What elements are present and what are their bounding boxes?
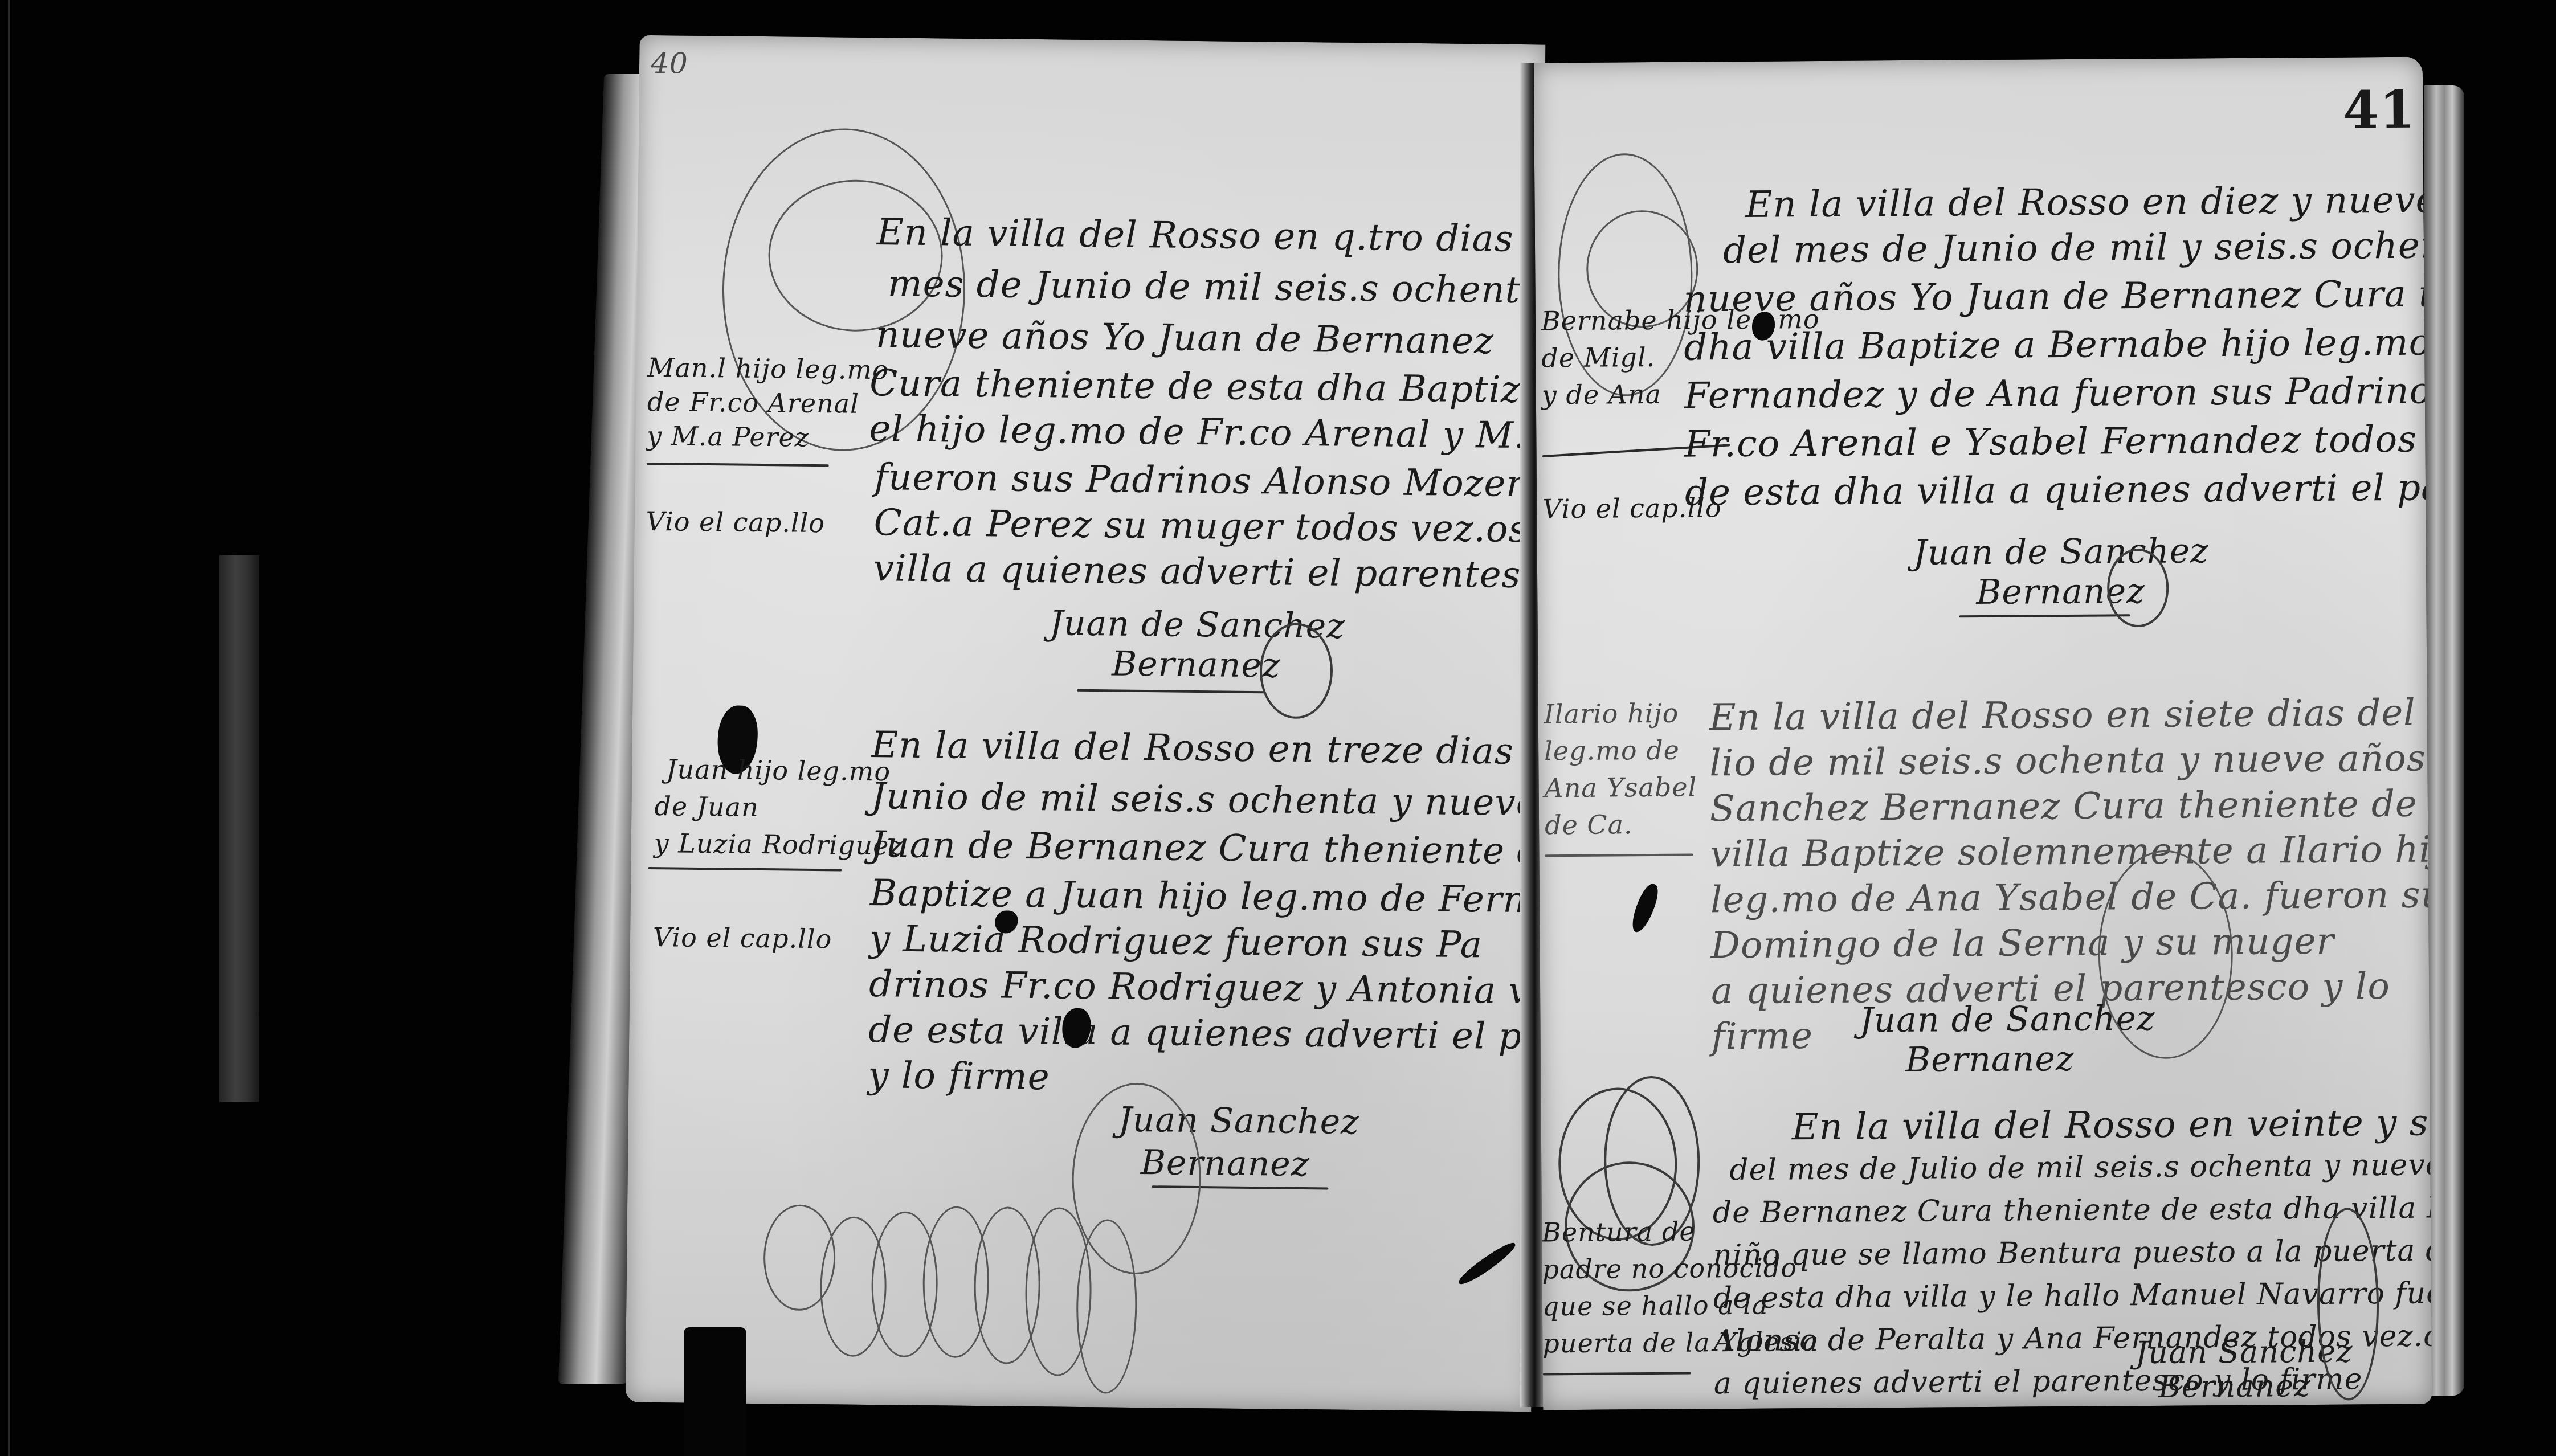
margin-note-line: Juan hijo leg.mo xyxy=(666,756,891,784)
margin-note-line: de Juan xyxy=(654,793,759,820)
entry-2-body: En la villa del Rosso en siete dias del … xyxy=(1534,57,2423,63)
signature-line: Bernanez xyxy=(2158,1368,2311,1405)
entry-text-line: el hijo leg.mo de Fr.co Arenal y M.a Per… xyxy=(869,411,1545,456)
entry-text-line: nueve años Yo Juan de Bernanez xyxy=(876,317,1494,359)
signature-line: Bernanez xyxy=(1905,1039,2075,1080)
entry-3-margin: Bentura de padre no conocido que se hall… xyxy=(1534,57,2423,63)
entry-2-margin: Ilario hijo leg.mo de Ana Ysabel de Ca. xyxy=(1534,57,2423,63)
entry-text-line: En la villa del Rosso en siete dias del … xyxy=(1709,693,2432,736)
entry-1-body: En la villa del Rosso en diez y nueve de… xyxy=(1534,57,2423,63)
margin-note-line: Ana Ysabel xyxy=(1544,774,1697,801)
page-clip xyxy=(684,1327,746,1456)
margin-divider xyxy=(1543,1372,1691,1376)
entry-2-body: En la villa del Rosso en treze dias del … xyxy=(640,35,1546,45)
closing-cancellation-flourish xyxy=(640,35,1546,45)
entry-text-line: Fernandez y de Ana fueron sus Padrinos xyxy=(1684,373,2432,414)
entry-text-line: En la villa del Rosso en treze dias del … xyxy=(871,727,1545,772)
pen-stroke xyxy=(1455,1239,1518,1288)
margin-note-line: Man.l hijo leg.mo xyxy=(647,354,889,383)
ink-blot xyxy=(1628,881,1661,935)
margin-divider xyxy=(648,867,842,872)
entry-text-line: de esta dha villa a quienes adverti el p… xyxy=(1685,467,2432,512)
entry-1-margin: Bernabe hijo leg.mo de Migl. y de Ana Vi… xyxy=(1534,57,2423,63)
entry-text-line: lio de mil seis.s ochenta y nueve años y… xyxy=(1709,739,2432,782)
margin-note-line: Vio el cap.llo xyxy=(646,508,825,536)
left-page-number: 40 xyxy=(651,47,688,80)
entry-text-line: Cat.a Perez su muger todos vez.os de est… xyxy=(873,505,1545,550)
entry-1-margin: Man.l hijo leg.mo de Fr.co Arenal y M.a … xyxy=(640,35,1546,45)
entry-1-signature: Juan de Sanchez Bernanez xyxy=(1534,57,2423,63)
right-page: 41 Bernabe hijo leg.mo de Migl. y de Ana… xyxy=(1534,57,2432,1410)
margin-note-line: de Ca. xyxy=(1545,811,1633,838)
margin-divider xyxy=(1545,854,1693,857)
open-register-book: 40 Man.l hijo leg.mo de Fr.co Arenal y M… xyxy=(0,0,2556,1456)
entry-3-signature: Juan Sanchez Bernanez xyxy=(1534,57,2423,63)
entry-2-signature: Juan Sanchez Bernanez xyxy=(640,35,1546,45)
entry-text-line: villa Baptize solemnemente a Ilario hijo xyxy=(1710,831,2432,873)
entry-text-line: Fr.co Arenal e Ysabel Fernandez todos ve… xyxy=(1684,420,2432,463)
entry-text-line: Sanchez Bernanez Cura theniente de esta xyxy=(1710,786,2432,828)
entry-text-line: de Bernanez Cura theniente de esta dha v… xyxy=(1713,1192,2432,1228)
signature-rubric xyxy=(1259,623,1333,719)
right-page-number: 41 xyxy=(2343,80,2416,141)
entry-text-line: Cura theniente de esta dha Baptize a Man… xyxy=(869,365,1546,410)
entry-text-line: nueve años Yo Juan de Bernanez Cura then… xyxy=(1683,274,2432,318)
entry-1-body: En la villa del Rosso en q.tro dias del … xyxy=(640,35,1546,45)
entry-text-line: y Luzia Rodriguez fueron sus Pa xyxy=(869,921,1483,963)
margin-note-line: y Luzia Rodriguez xyxy=(654,830,904,859)
margin-note-line: de Migl. xyxy=(1541,344,1655,371)
entry-text-line: fueron sus Padrinos Alonso Mozer y xyxy=(874,459,1545,503)
signature-underline xyxy=(1077,689,1265,693)
entry-text-line: del mes de Junio de mil y seis.s ochenta… xyxy=(1723,227,2432,269)
entry-text-line: Junio de mil seis.s ochenta y nueve años… xyxy=(871,778,1545,823)
signature-underline xyxy=(1959,614,2130,617)
margin-note-line: Vio el cap.llo xyxy=(653,924,832,952)
entry-text-line: Juan de Bernanez Cura theniente de esta xyxy=(870,827,1545,871)
entry-text-line: dha villa Baptize a Bernabe hijo leg.mo … xyxy=(1684,323,2432,366)
initial-flourish-inner xyxy=(767,179,944,332)
margin-divider xyxy=(647,463,829,467)
entry-text-line: Baptize a Juan hijo leg.mo de Fernando xyxy=(870,875,1546,919)
entry-text-line: de esta villa a quienes adverti el paren… xyxy=(868,1012,1546,1057)
margin-note-line: y M.a Perez xyxy=(647,423,809,451)
margin-note-line: leg.mo de xyxy=(1544,737,1680,764)
signature-rubric xyxy=(2107,549,2169,628)
margin-note-line: Ilario hijo xyxy=(1544,700,1679,727)
entry-text-line: leg.mo de Ana Ysabel de Ca. fueron sus P… xyxy=(1710,876,2432,918)
entry-text-line: drinos Fr.co Rodriguez y Antonia vez.os xyxy=(869,966,1546,1011)
entry-text-line: firme xyxy=(1711,1018,1813,1055)
entry-3-body: En la villa del Rosso en veinte y siete … xyxy=(1534,57,2423,63)
margin-note-line: y de Ana xyxy=(1542,381,1661,408)
entry-text-line: En la villa del Rosso en diez y nueve xyxy=(1745,182,2432,223)
entry-text-line: En la villa del Rosso en q.tro dias del xyxy=(877,214,1546,258)
signature-line: Juan de Sanchez xyxy=(1913,531,2210,573)
signature-rubric xyxy=(2097,850,2234,1060)
signature-line: Bernanez xyxy=(1112,644,1281,685)
entry-2-margin: Juan hijo leg.mo de Juan y Luzia Rodrigu… xyxy=(640,35,1546,45)
entry-text-line: del mes de Julio de mil seis.s ochenta y… xyxy=(1729,1149,2432,1185)
margin-note-line: de Fr.co Arenal xyxy=(647,388,860,417)
left-page: 40 Man.l hijo leg.mo de Fr.co Arenal y M… xyxy=(625,35,1545,1412)
entry-text-line: villa a quienes adverti el parentesco y … xyxy=(873,550,1545,596)
entry-2-signature: Juan de Sanchez Bernanez xyxy=(1534,57,2423,63)
entry-text-line: mes de Junio de mil seis.s ochenta y xyxy=(888,265,1546,309)
signature-underline xyxy=(2147,1405,2301,1408)
entry-text-line: En la villa del Rosso en veinte y siete … xyxy=(1792,1104,2432,1146)
entry-text-line: Domingo de la Serna y su muger xyxy=(1710,923,2334,964)
entry-1-signature: Juan de Sanchez Bernanez xyxy=(640,35,1546,45)
entry-text-line: y lo firme xyxy=(868,1057,1050,1095)
margin-note-line: Bentura de xyxy=(1542,1218,1696,1246)
